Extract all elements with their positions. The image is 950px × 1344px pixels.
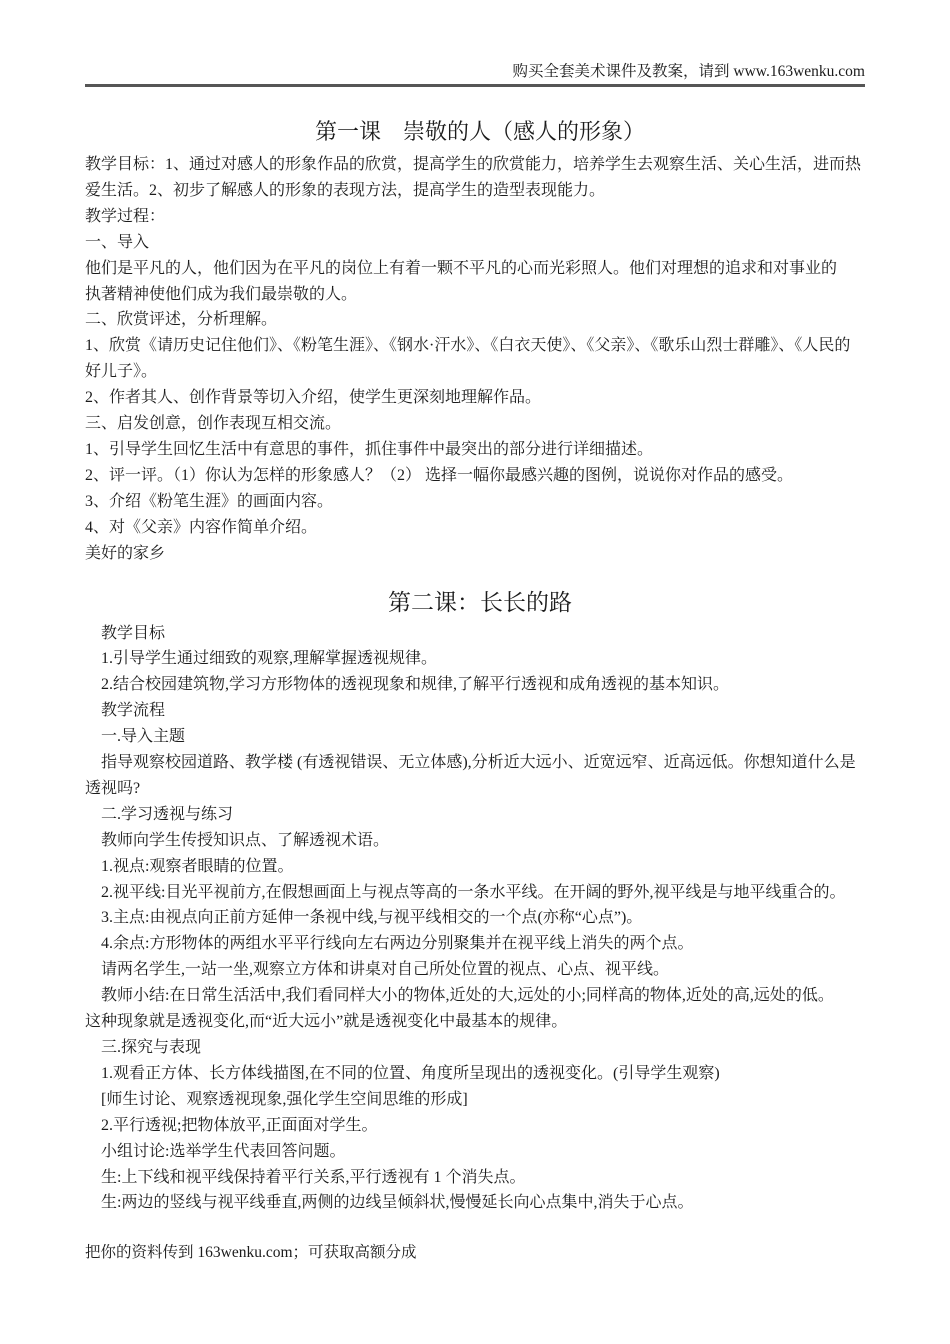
doc-line: 生:上下线和视平线保持着平行关系,平行透视有 1 个消失点。 [85,1165,875,1191]
document-page: 购买全套美术课件及教案，请到 www.163wenku.com 第一课 崇敬的人… [0,0,950,1344]
doc-line: 1.视点:观察者眼睛的位置。 [85,854,875,880]
doc-line: 2、评一评。（1）你认为怎样的形象感人？（2） 选择一幅你最感兴趣的图例，说说你… [85,463,875,489]
doc-line: 4、对《父亲》内容作简单介绍。 [85,515,875,541]
doc-line: 教学过程： [85,204,875,230]
doc-line: 指导观察校园道路、教学楼 (有透视错误、无立体感),分析近大远小、近宽远窄、近高… [85,750,875,776]
doc-line: 执著精神使他们成为我们最崇敬的人。 [85,282,875,308]
doc-line: 2.平行透视;把物体放平,正面面对学生。 [85,1113,875,1139]
doc-line: 二.学习透视与练习 [85,802,875,828]
doc-line: 2.视平线:目光平视前方,在假想画面上与视点等高的一条水平线。在开阔的野外,视平… [85,880,875,906]
doc-line: 教学目标：1、通过对感人的形象作品的欣赏，提高学生的欣赏能力，培养学生去观察生活… [85,152,875,178]
doc-line: 透视吗? [85,776,875,802]
document-body: 第一课 崇敬的人（感人的形象） 教学目标：1、通过对感人的形象作品的欣赏，提高学… [85,112,875,1216]
doc-line: 这种现象就是透视变化,而“近大远小”就是透视变化中最基本的规律。 [85,1009,875,1035]
doc-line: 请两名学生,一站一坐,观察立方体和讲桌对自己所处位置的视点、心点、视平线。 [85,957,875,983]
doc-line: 教学流程 [85,698,875,724]
footer-note-text: 把你的资料传到 163wenku.com；可获取高额分成 [85,1243,417,1263]
lesson2-title: 第二课：长长的路 [85,585,875,621]
doc-line: 好儿子》。 [85,359,875,385]
header-promo-text: 购买全套美术课件及教案，请到 www.163wenku.com [513,62,865,82]
doc-line: 教师小结:在日常生活活中,我们看同样大小的物体,近处的大,远处的小;同样高的物体… [85,983,875,1009]
lesson2-text: 教学目标 1.引导学生通过细致的观察,理解掌握透视规律。 2.结合校园建筑物,学… [85,621,875,1217]
doc-line: 1、引导学生回忆生活中有意思的事件，抓住事件中最突出的部分进行详细描述。 [85,437,875,463]
doc-line: 2、作者其人、创作背景等切入介绍，使学生更深刻地理解作品。 [85,385,875,411]
doc-line: 4.余点:方形物体的两组水平平行线向左右两边分别聚集并在视平线上消失的两个点。 [85,931,875,957]
doc-line: 他们是平凡的人，他们因为在平凡的岗位上有着一颗不平凡的心而光彩照人。他们对理想的… [85,256,875,282]
lesson1-title: 第一课 崇敬的人（感人的形象） [85,112,875,152]
doc-line: 三、启发创意，创作表现互相交流。 [85,411,875,437]
doc-line: 小组讨论:选举学生代表回答问题。 [85,1139,875,1165]
doc-line: 3.主点:由视点向正前方延伸一条视中线,与视平线相交的一个点(亦称“心点”)。 [85,905,875,931]
doc-line: 3、介绍《粉笔生涯》的画面内容。 [85,489,875,515]
doc-line: 教学目标 [85,621,875,647]
doc-line: 1.引导学生通过细致的观察,理解掌握透视规律。 [85,646,875,672]
doc-line: [师生讨论、观察透视现象,强化学生空间思维的形成] [85,1087,875,1113]
doc-line: 生:两边的竖线与视平线垂直,两侧的边线呈倾斜状,慢慢延长向心点集中,消失于心点。 [85,1190,875,1216]
doc-line: 一、导入 [85,230,875,256]
doc-line: 教师向学生传授知识点、了解透视术语。 [85,828,875,854]
doc-line: 1、欣赏《请历史记住他们》、《粉笔生涯》、《钢水·汗水》、《白衣天使》、《父亲》… [85,333,875,359]
lesson1-text: 教学目标：1、通过对感人的形象作品的欣赏，提高学生的欣赏能力，培养学生去观察生活… [85,152,875,567]
doc-line: 一.导入主题 [85,724,875,750]
header-divider [85,84,865,87]
doc-line: 三.探究与表现 [85,1035,875,1061]
doc-line: 二、欣赏评述，分析理解。 [85,307,875,333]
doc-line: 2.结合校园建筑物,学习方形物体的透视现象和规律,了解平行透视和成角透视的基本知… [85,672,875,698]
doc-line: 美好的家乡 [85,541,875,567]
doc-line: 1.观看正方体、长方体线描图,在不同的位置、角度所呈现出的透视变化。(引导学生观… [85,1061,875,1087]
doc-line: 爱生活。2、初步了解感人的形象的表现方法，提高学生的造型表现能力。 [85,178,875,204]
